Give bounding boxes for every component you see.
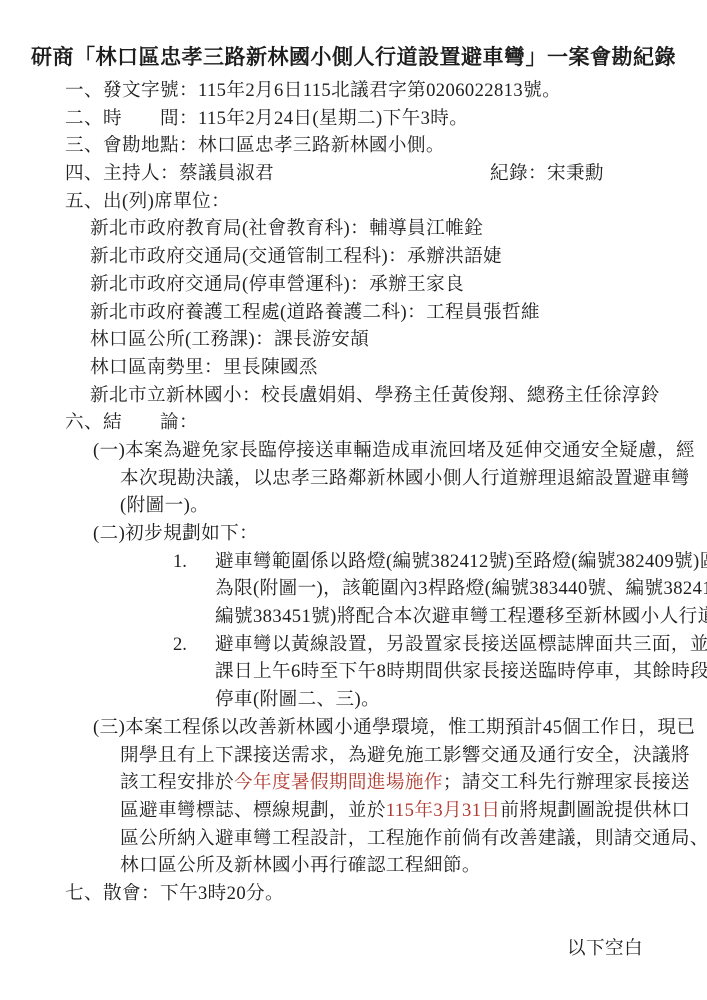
document-line: 停車(附圖二、三)。 bbox=[65, 686, 697, 714]
blank-line bbox=[65, 908, 697, 936]
text-segment: 開學且有上下課接送需求，為避免施工影響交通及通行安全，決議將 bbox=[120, 745, 690, 766]
text-segment: 一、發文字號：115年2月6日115北議君字第0206022813號。 bbox=[65, 80, 561, 101]
document-line: 二、時 間：115年2月24日(星期二)下午3時。 bbox=[65, 105, 697, 133]
text-segment: 課日上午6時至下午8時期間供家長接送臨時停車，其餘時段可供 bbox=[215, 661, 707, 682]
text-segment: 四、主持人：蔡議員淑君 bbox=[65, 163, 274, 184]
document-line: 新北市立新林國小：校長盧娟娟、學務主任黃俊翔、總務主任徐淳鈴 bbox=[65, 382, 697, 410]
text-segment: (二)初步規劃如下： bbox=[93, 523, 258, 544]
text-segment: ；請交工科先行辦理家長接送 bbox=[443, 772, 690, 793]
document-line: 新北市政府養護工程處(道路養護二科)：工程員張哲維 bbox=[65, 299, 697, 327]
document-line: 區避車彎標誌、標線規劃，並於115年3月31日前將規劃圖說提供林口 bbox=[65, 797, 697, 825]
text-segment: 三、會勘地點：林口區忠孝三路新林國小側。 bbox=[65, 135, 445, 156]
list-number: 2. bbox=[173, 631, 215, 659]
document-line: (三)本案工程係以改善新林國小通學環境，惟工期預計45個工作日，現已 bbox=[65, 714, 697, 742]
text-segment: 新北市政府交通局(交通管制工程科)：承辦洪語婕 bbox=[90, 246, 502, 267]
document-body: 一、發文字號：115年2月6日115北議君字第0206022813號。二、時 間… bbox=[65, 77, 697, 963]
document-line: 七、散會：下午3時20分。 bbox=[65, 880, 697, 908]
text-segment: 二、時 間：115年2月24日(星期二)下午3時。 bbox=[65, 108, 468, 129]
document-line: 開學且有上下課接送需求，為避免施工影響交通及通行安全，決議將 bbox=[65, 742, 697, 770]
document-line: 課日上午6時至下午8時期間供家長接送臨時停車，其餘時段可供 bbox=[65, 658, 697, 686]
text-segment: 五、出(列)席單位： bbox=[65, 191, 230, 212]
document-line: 三、會勘地點：林口區忠孝三路新林國小側。 bbox=[65, 132, 697, 160]
text-segment: 林口區南勢里：里長陳國烝 bbox=[90, 357, 318, 378]
text-segment: (一)本案為避免家長臨停接送車輛造成車流回堵及延伸交通安全疑慮，經 bbox=[93, 440, 695, 461]
list-number: 1. bbox=[173, 548, 215, 576]
document-line: 林口區公所(工務課)：課長游安頡 bbox=[65, 326, 697, 354]
document-line: 新北市政府教育局(社會教育科)：輔導員江帷銓 bbox=[65, 215, 697, 243]
document-line: 林口區公所及新林國小再行確認工程細節。 bbox=[65, 852, 697, 880]
document-line: 五、出(列)席單位： bbox=[65, 188, 697, 216]
text-segment: 區避車彎標誌、標線規劃，並於 bbox=[120, 800, 386, 821]
document-line: 林口區南勢里：里長陳國烝 bbox=[65, 354, 697, 382]
text-segment: 該工程安排於 bbox=[120, 772, 234, 793]
red-highlight-text: 今年度暑假期間進場施作 bbox=[234, 772, 443, 793]
text-segment: (附圖一)。 bbox=[120, 495, 209, 516]
document-line: 新北市政府交通局(交通管制工程科)：承辦洪語婕 bbox=[65, 243, 697, 271]
document-line: 新北市政府交通局(停車營運科)：承辦王家良 bbox=[65, 271, 697, 299]
text-segment: 本次現勘決議，以忠孝三路鄰新林國小側人行道辦理退縮設置避車彎 bbox=[120, 468, 690, 489]
document-line: 四、主持人：蔡議員淑君紀錄：宋秉勳 bbox=[65, 160, 697, 188]
document-line: 六、結 論： bbox=[65, 409, 697, 437]
text-segment: 新北市政府養護工程處(道路養護二科)：工程員張哲維 bbox=[90, 302, 540, 323]
document-line: 一、發文字號：115年2月6日115北議君字第0206022813號。 bbox=[65, 77, 697, 105]
text-segment: 前將規劃圖說提供林口 bbox=[500, 800, 690, 821]
recorder-label: 紀錄：宋秉勳 bbox=[490, 160, 604, 188]
document-line: (二)初步規劃如下： bbox=[65, 520, 697, 548]
text-segment: 林口區公所(工務課)：課長游安頡 bbox=[90, 329, 369, 350]
document-line: 1.避車彎範圍係以路燈(編號382412號)至路燈(編號382409號)區間 bbox=[65, 548, 697, 576]
text-segment: 以下空白 bbox=[567, 938, 643, 959]
text-segment: 區公所納入避車彎工程設計，工程施作前倘有改善建議，則請交通局、 bbox=[120, 828, 707, 849]
text-segment: 新北市政府交通局(停車營運科)：承辦王家良 bbox=[90, 274, 464, 295]
text-segment: (三)本案工程係以改善新林國小通學環境，惟工期預計45個工作日，現已 bbox=[93, 717, 695, 738]
document-line: (附圖一)。 bbox=[65, 492, 697, 520]
text-segment: 新北市政府教育局(社會教育科)：輔導員江帷銓 bbox=[90, 218, 483, 239]
document-title: 研商「林口區忠孝三路新林國小側人行道設置避車彎」一案會勘紀錄 bbox=[0, 41, 707, 71]
text-segment: 新北市立新林國小：校長盧娟娟、學務主任黃俊翔、總務主任徐淳鈴 bbox=[90, 385, 660, 406]
text-segment: 避車彎範圍係以路燈(編號382412號)至路燈(編號382409號)區間 bbox=[215, 551, 707, 572]
text-segment: 避車彎以黃線設置，另設置家長接送區標誌牌面共三面，並以上 bbox=[215, 634, 707, 655]
meeting-minutes-document: 研商「林口區忠孝三路新林國小側人行道設置避車彎」一案會勘紀錄 一、發文字號：11… bbox=[0, 0, 707, 1000]
document-line: 本次現勘決議，以忠孝三路鄰新林國小側人行道辦理退縮設置避車彎 bbox=[65, 465, 697, 493]
document-line: 為限(附圖一)，該範圍內3桿路燈(編號383440號、編號382411號、 bbox=[65, 575, 697, 603]
text-segment: 林口區公所及新林國小再行確認工程細節。 bbox=[120, 855, 481, 876]
document-line: 2.避車彎以黃線設置，另設置家長接送區標誌牌面共三面，並以上 bbox=[65, 631, 697, 659]
document-line: 區公所納入避車彎工程設計，工程施作前倘有改善建議，則請交通局、 bbox=[65, 825, 697, 853]
text-segment: 編號383451號)將配合本次避車彎工程遷移至新林國小人行道。 bbox=[215, 606, 707, 627]
text-segment: 七、散會：下午3時20分。 bbox=[65, 883, 284, 904]
text-segment: 停車(附圖二、三)。 bbox=[215, 689, 380, 710]
document-line: 編號383451號)將配合本次避車彎工程遷移至新林國小人行道。 bbox=[65, 603, 697, 631]
red-highlight-text: 115年3月31日 bbox=[386, 800, 500, 821]
document-line: 該工程安排於今年度暑假期間進場施作；請交工科先行辦理家長接送 bbox=[65, 769, 697, 797]
text-segment: 六、結 論： bbox=[65, 412, 198, 433]
text-segment: 為限(附圖一)，該範圍內3桿路燈(編號383440號、編號382411號、 bbox=[215, 578, 707, 599]
document-line: (一)本案為避免家長臨停接送車輛造成車流回堵及延伸交通安全疑慮，經 bbox=[65, 437, 697, 465]
document-line: 以下空白 bbox=[65, 935, 697, 963]
